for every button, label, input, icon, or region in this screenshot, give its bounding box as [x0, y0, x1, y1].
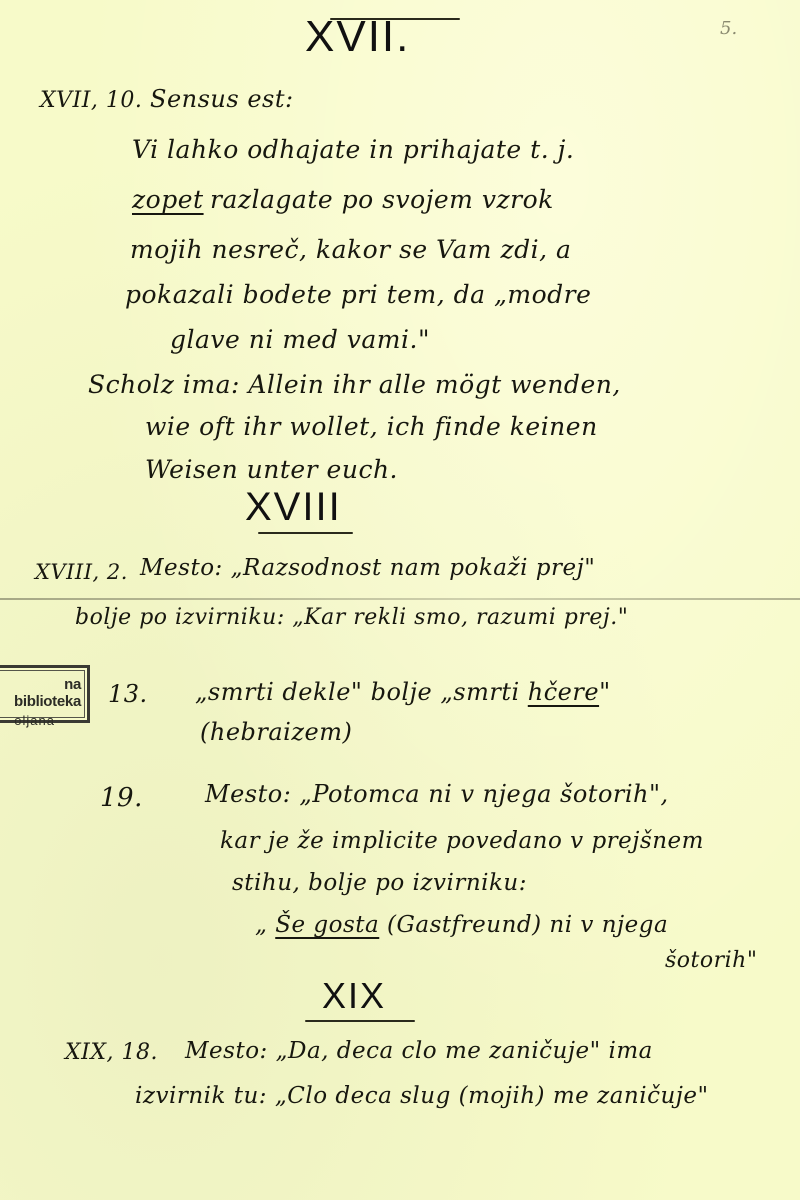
- stamp-line-2: oljana: [0, 713, 81, 728]
- entry-line: izvirnik tu: „Clo deca slug (mojih) me z…: [135, 1083, 709, 1109]
- entry-line-underlined: zopet: [132, 185, 204, 214]
- section-heading-xviii: XVIII: [245, 485, 342, 530]
- underlined-word: Še gosta: [275, 912, 379, 938]
- entry-line: glave ni med vami.": [170, 325, 430, 354]
- entry-line: Scholz ima: Allein ihr alle mögt wenden,: [88, 370, 621, 399]
- entry-line: šotorih": [665, 948, 757, 973]
- paper-fold-line: [0, 598, 800, 600]
- page-number: 5.: [720, 18, 737, 39]
- heading-overline: [330, 18, 460, 20]
- entry-line: razlagate po svojem vzrok: [210, 185, 554, 214]
- underlined-word: hčere: [528, 678, 599, 706]
- entry-line: Vi lahko odhajate in prihajate t. j.: [132, 135, 574, 164]
- manuscript-page: 5. XVII. XVII, 10. Sensus est: Vi lahko …: [0, 0, 800, 1200]
- entry-line: wie oft ihr wollet, ich finde keinen: [145, 412, 598, 441]
- entry-line: bolje po izvirniku: „Kar rekli smo, razu…: [75, 605, 628, 630]
- entry-ref: XIX, 18.: [65, 1040, 158, 1065]
- entry-ref: XVIII, 2.: [35, 560, 128, 584]
- entry-line: „smrti dekle" bolje „smrti hčere": [195, 678, 611, 706]
- entry-ref: XVII, 10.: [40, 88, 142, 113]
- entry-line: (hebraizem): [200, 718, 352, 746]
- heading-underline: [258, 532, 353, 534]
- entry-line: Mesto: „Potomca ni v njega šotorih",: [205, 780, 669, 808]
- entry-line: pokazali bodete pri tem, da „modre: [125, 280, 591, 309]
- entry-line: mojih nesreč, kakor se Vam zdi, a: [130, 235, 571, 264]
- entry-line: kar je že implicite povedano v prejšnem: [220, 828, 704, 854]
- underlined-word: zopet: [132, 185, 204, 214]
- entry-line: Weisen unter euch.: [145, 455, 398, 484]
- section-heading-xix: XIX: [322, 975, 386, 1017]
- entry-line: stihu, bolje po izvirniku:: [232, 870, 527, 896]
- library-stamp: na biblioteka oljana: [0, 665, 90, 723]
- entry-line: Mesto: „Da, deca clo me zaničuje" ima: [185, 1038, 653, 1064]
- stamp-line-1: na biblioteka: [0, 676, 81, 710]
- entry-ref: 19.: [100, 783, 143, 813]
- entry-line: „ Še gosta (Gastfreund) ni v njega: [255, 912, 668, 938]
- heading-underline: [305, 1020, 415, 1022]
- entry-ref: 13.: [108, 680, 148, 708]
- entry-line: Sensus est:: [150, 85, 294, 113]
- entry-line: Mesto: „Razsodnost nam pokaži prej": [140, 555, 595, 581]
